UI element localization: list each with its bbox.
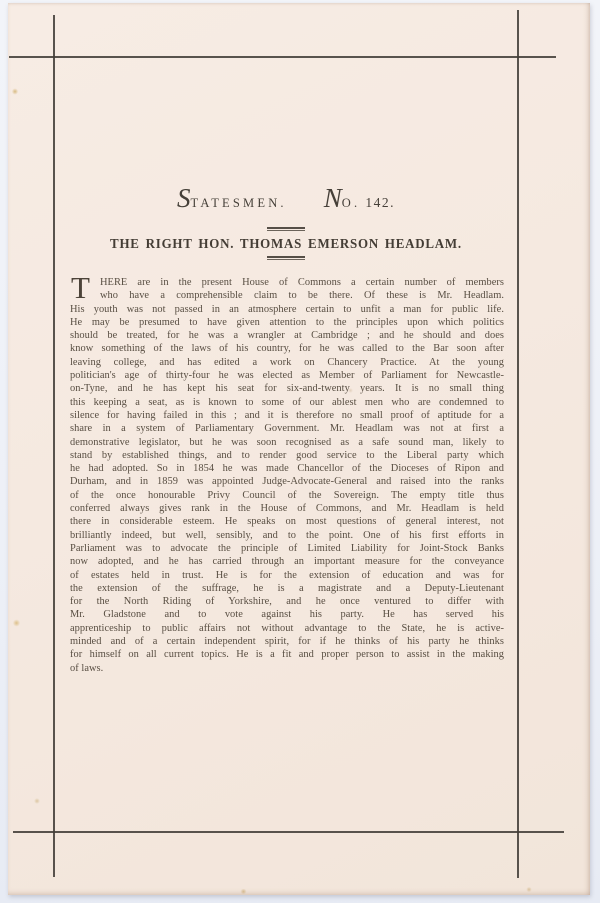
article-body: T HERE are in the present House of Commo… bbox=[70, 276, 504, 675]
issue-number: 142. bbox=[365, 196, 395, 210]
body-text-line: demonstrative legislator, but he was soo… bbox=[70, 436, 504, 449]
drop-cap: T bbox=[71, 272, 90, 303]
foxing-spot bbox=[13, 619, 20, 627]
body-text-line: He may be presumed to have given attenti… bbox=[70, 316, 504, 329]
foxing-spot bbox=[34, 798, 40, 804]
body-text-line: this keeping a seat, as is known to some… bbox=[70, 396, 504, 409]
paper-page: STATESMEN. NO.142. THE RIGHT HON. THOMAS… bbox=[8, 3, 590, 895]
body-text-line: who have a comprehensible claim to be th… bbox=[70, 289, 504, 302]
series-initial: S bbox=[177, 185, 191, 212]
body-text-line: politician's age of thirty-four he was e… bbox=[70, 369, 504, 382]
masthead: STATESMEN. NO.142. bbox=[53, 185, 519, 212]
issue-initial: N bbox=[324, 185, 342, 212]
body-text-line: for the North Riding of Yorkshire, and h… bbox=[70, 595, 504, 608]
body-text-line: he had adopted. So in 1854 he was made C… bbox=[70, 462, 504, 475]
body-text-lines: HERE are in the present House of Commons… bbox=[70, 276, 504, 675]
body-text-line: should be treated, for he was a wrangler… bbox=[70, 329, 504, 342]
body-text-line: the extension of the suffrage, he is a m… bbox=[70, 582, 504, 595]
ornamental-double-rule-bottom bbox=[267, 256, 305, 260]
ornamental-double-rule-top bbox=[267, 227, 305, 231]
body-text-line: His youth was not passed in an atmospher… bbox=[70, 303, 504, 316]
body-text-line: know something of the laws of his countr… bbox=[70, 342, 504, 355]
body-text-line: Parliament was to advocate the principle… bbox=[70, 542, 504, 555]
body-text-line: there in considerable esteem. He speaks … bbox=[70, 515, 504, 528]
scanner-background: STATESMEN. NO.142. THE RIGHT HON. THOMAS… bbox=[0, 0, 600, 903]
series-title: STATESMEN. bbox=[177, 185, 287, 212]
body-text-line: minded and of a certain independent spir… bbox=[70, 635, 504, 648]
body-text-line: leaving college, and has edited a work o… bbox=[70, 356, 504, 369]
article-title: THE RIGHT HON. THOMAS EMERSON HEADLAM. bbox=[62, 236, 509, 252]
body-text-line: Mr. Gladstone and to vote against his pa… bbox=[70, 608, 504, 621]
body-text-line: on-Tyne, and he has kept his seat for si… bbox=[70, 382, 504, 395]
body-text-line: of laws. bbox=[70, 662, 504, 675]
body-text-line: stand by established things, and to rend… bbox=[70, 449, 504, 462]
body-text-line: brilliantly indeed, but well, sensibly, … bbox=[70, 529, 504, 542]
foxing-spot bbox=[526, 887, 532, 892]
page-content: STATESMEN. NO.142. THE RIGHT HON. THOMAS… bbox=[53, 3, 519, 895]
body-text-line: Durham, and in 1859 was appointed Judge-… bbox=[70, 475, 504, 488]
body-text-line: conferred always gives rank in the House… bbox=[70, 502, 504, 515]
foxing-spot bbox=[12, 88, 18, 95]
series-title-text: TATESMEN. bbox=[191, 197, 287, 210]
body-text-line: for himself on all current topics. He is… bbox=[70, 648, 504, 661]
issue-abbrev: O. bbox=[342, 197, 361, 210]
body-text-line: now adopted, and he has carried through … bbox=[70, 555, 504, 568]
body-text-line: of the once honourable Privy Council of … bbox=[70, 489, 504, 502]
body-text-line: HERE are in the present House of Commons… bbox=[70, 276, 504, 289]
body-text-line: apprenticeship to public affairs not wit… bbox=[70, 622, 504, 635]
body-text-line: of estates held in trust. He is for the … bbox=[70, 569, 504, 582]
body-text-line: silence for having failed in this ; and … bbox=[70, 409, 504, 422]
issue-label: NO.142. bbox=[324, 185, 395, 212]
body-text-line: share in a system of Parliamentary Gover… bbox=[70, 422, 504, 435]
